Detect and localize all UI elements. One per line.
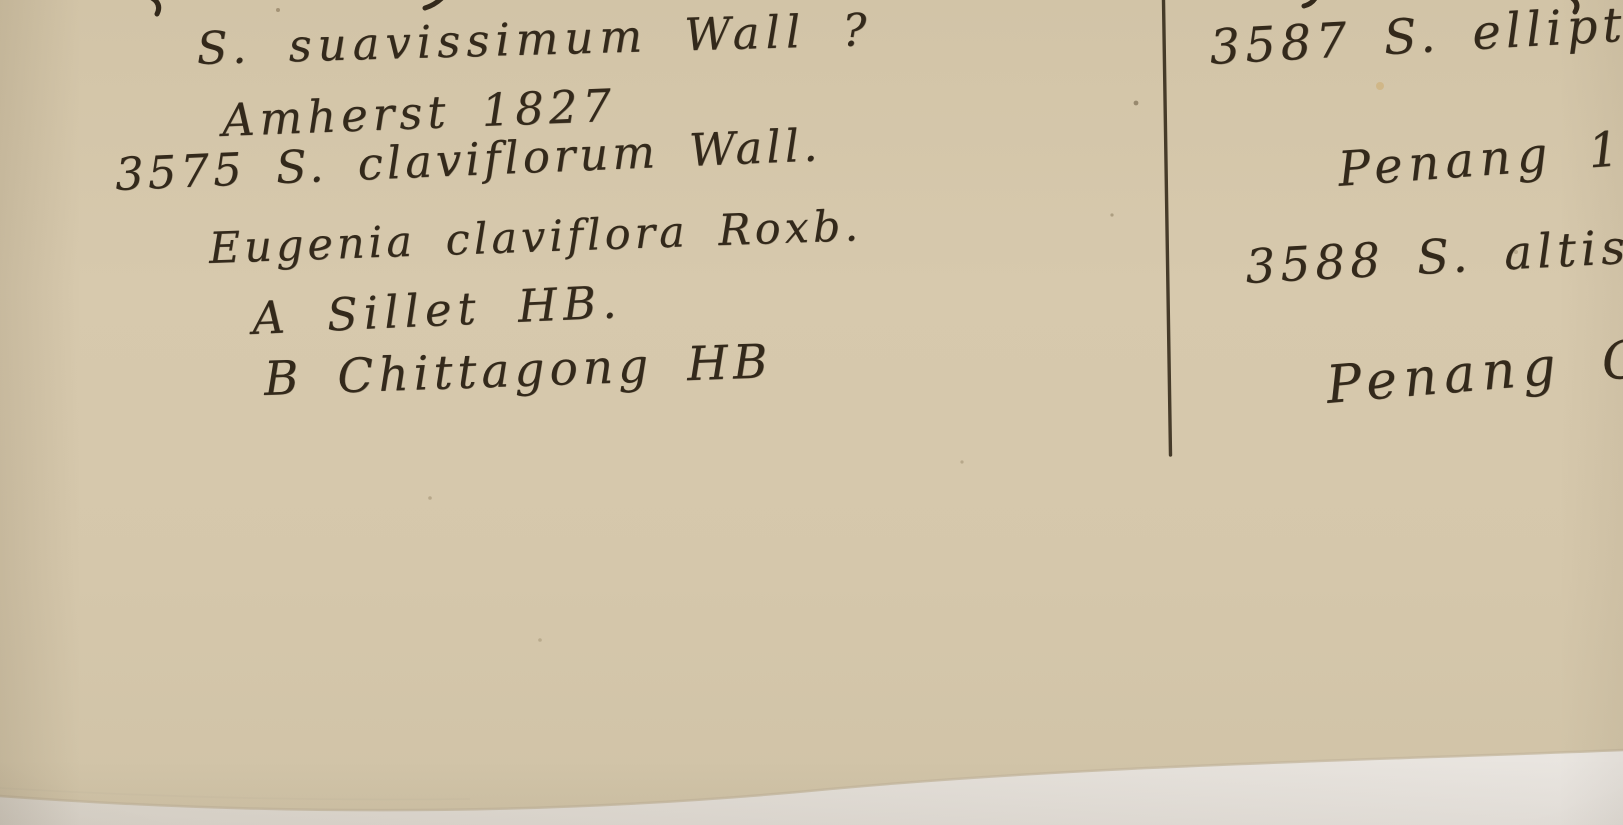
paper-speck [960, 460, 963, 463]
cutoff-stroke-icon [1304, 0, 1316, 6]
paper-speck [538, 638, 542, 642]
column-divider-rule [1164, 0, 1171, 455]
entry-line-suavissimum: S. suavissimum Wall ? [196, 3, 873, 75]
sheet-edge-crease [0, 788, 470, 800]
scanned-manuscript-page: S. suavissimum Wall ? Amherst 1827 3575 … [0, 0, 1623, 825]
paper-speck [1110, 213, 1113, 216]
cutoff-stroke-icon [152, 0, 159, 14]
paper-speck [428, 496, 432, 500]
paper-speck [276, 8, 280, 12]
locality-line-penang-upper: Penang 18 [1336, 118, 1623, 198]
entry-line-3588-altissi: 3588 S. altissi [1244, 217, 1623, 295]
synonym-line-eugenia-claviflora: Eugenia claviflora Roxb. [208, 201, 863, 274]
entry-line-3587-ellipti: 3587 S. ellipti [1208, 0, 1623, 76]
locality-line-penang-lower: Penang Gl [1324, 327, 1623, 416]
paper-stain [1376, 82, 1384, 90]
cutoff-stroke-icon [425, 0, 443, 8]
under-sheet [0, 750, 1623, 825]
locality-line-sillet: A Sillet HB. [251, 275, 623, 345]
paper-speck [1134, 101, 1139, 106]
sheet-edge-line [0, 750, 1623, 810]
locality-line-chittagong: B Chittagong HB [263, 334, 773, 407]
